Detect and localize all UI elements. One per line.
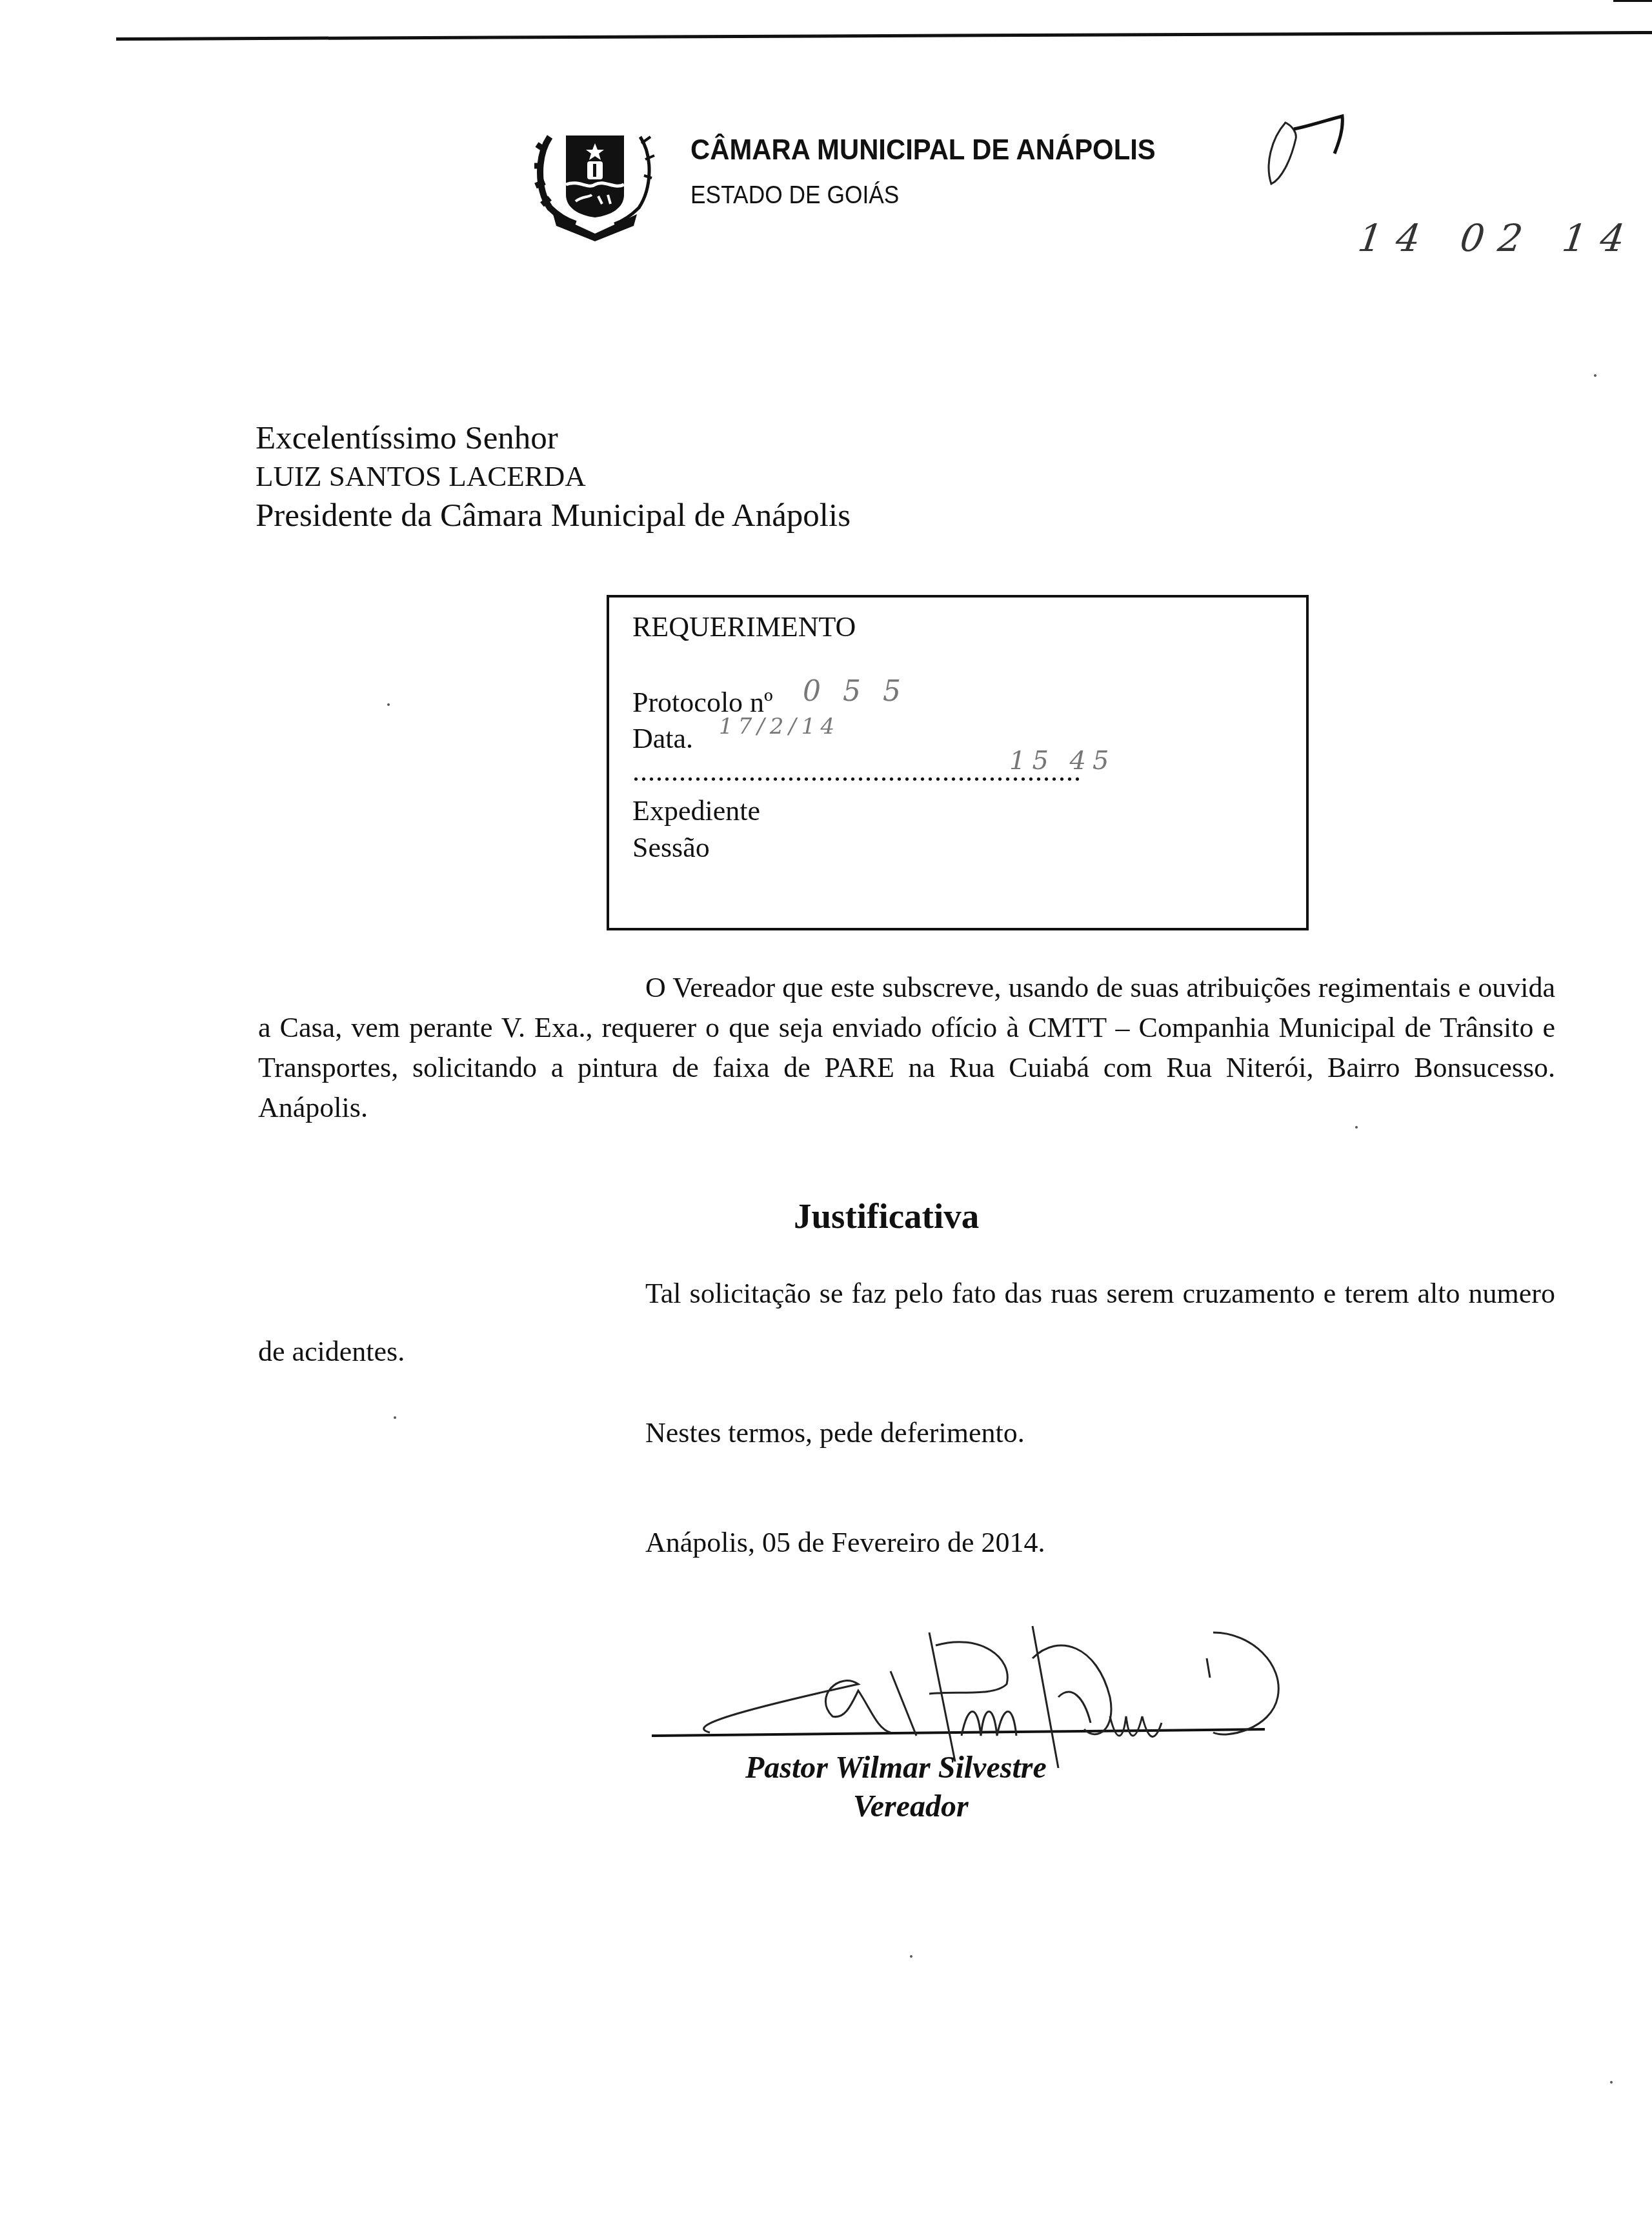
state-subtitle: ESTADO DE GOIÁS — [690, 182, 899, 210]
date-stamp: 17/2/14 — [719, 714, 840, 739]
handwritten-signature-icon — [645, 1607, 1304, 1768]
signatory-name: Pastor Wilmar Silvestre — [745, 1750, 1047, 1785]
request-paragraph: O Vereador que este subscreve, usando de… — [258, 968, 1555, 1128]
signatory-role: Vereador — [853, 1789, 969, 1824]
scan-speck — [1594, 374, 1597, 377]
addressee-name: LUIZ SANTOS LACERDA — [256, 459, 586, 493]
salutation: Excelentíssimo Senhor — [256, 419, 558, 457]
justification-paragraph: Tal solicitação se faz pelo fato das rua… — [258, 1265, 1555, 1381]
addressee-title: Presidente da Câmara Municipal de Anápol… — [256, 497, 851, 534]
scan-speck — [1355, 1126, 1358, 1129]
handwritten-date: 14 02 14 — [1355, 216, 1642, 260]
scan-speck — [387, 703, 390, 706]
protocol-box: REQUERIMENTO Protocolo nº 0 5 5 Data. 17… — [607, 595, 1309, 930]
session-label: Sessão — [632, 831, 710, 864]
scan-edge-mark — [1613, 0, 1652, 2]
closing-line: Nestes termos, pede deferimento. — [645, 1416, 1025, 1449]
municipal-coat-of-arms-icon — [530, 117, 660, 246]
justification-heading: Justificativa — [794, 1196, 979, 1236]
expedient-label: Expediente — [632, 794, 760, 827]
scan-speck — [394, 1416, 396, 1419]
protocol-number-stamp: 0 5 5 — [803, 675, 907, 708]
scan-speck — [1610, 2081, 1613, 2084]
institution-title: CÂMARA MUNICIPAL DE ANÁPOLIS — [690, 133, 1156, 166]
protocol-box-title: REQUERIMENTO — [632, 610, 856, 643]
scan-speck — [910, 1955, 912, 1958]
handwritten-initial-icon — [1245, 103, 1375, 206]
place-date-line: Anápolis, 05 de Fevereiro de 2014. — [645, 1526, 1045, 1559]
time-stamp: 15 45 — [1009, 746, 1116, 776]
top-rule-divider — [116, 31, 1652, 41]
date-label: Data. — [632, 722, 693, 755]
